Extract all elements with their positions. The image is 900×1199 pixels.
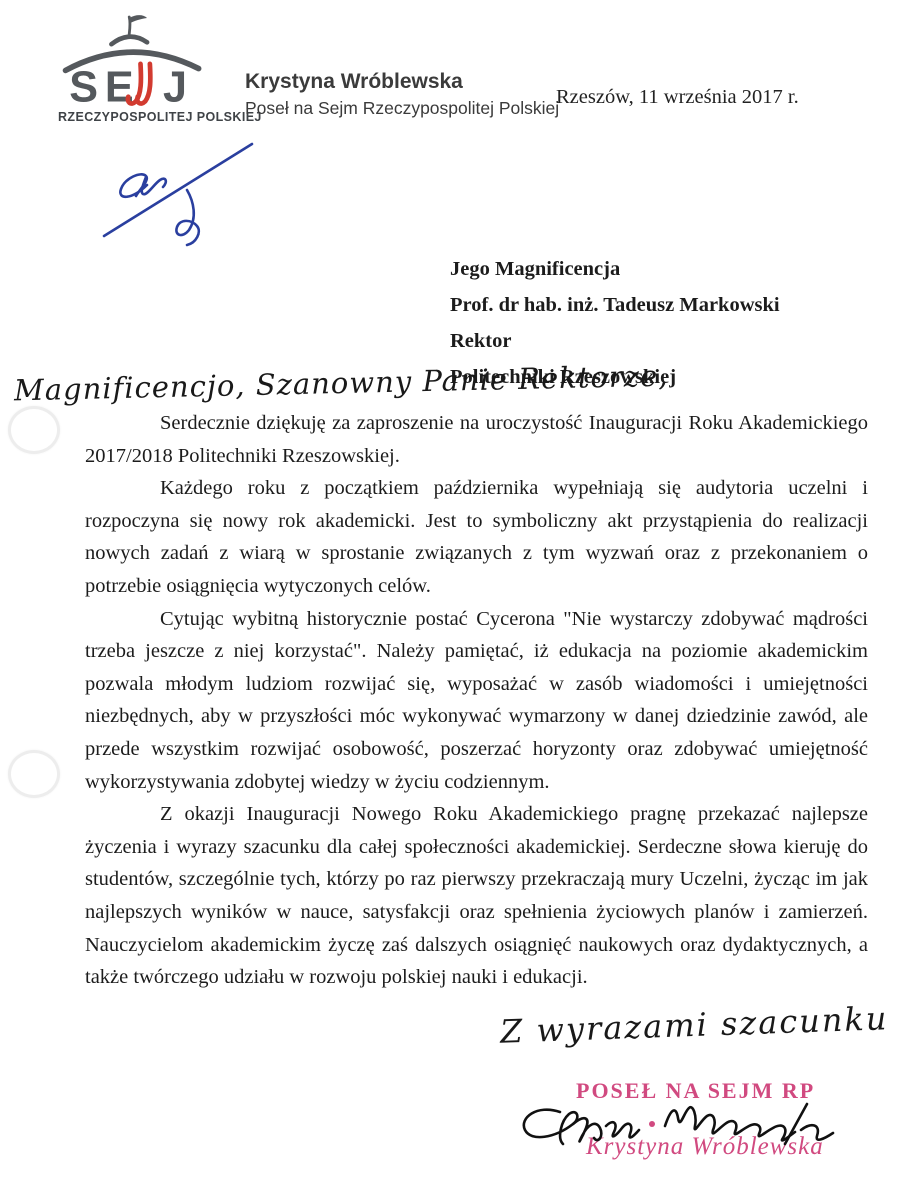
paragraph: Serdecznie dziękuję za zaproszenie na ur… [85,407,868,472]
flag [129,15,147,23]
letter-body: Serdecznie dziękuję za zaproszenie na ur… [85,407,868,994]
logo-subtitle: RZECZYPOSPOLITEJ POLSKIEJ [58,110,208,124]
sejm-emblem-icon: S E J [58,12,208,112]
paragraph: Każdego roku z początkiem października w… [85,472,868,602]
stamp-dot [649,1121,655,1127]
sejm-logo: S E J RZECZYPOSPOLITEJ POLSKIEJ [58,12,208,124]
small-dome-arc [111,37,147,45]
handwritten-signature [515,1086,860,1161]
punch-hole-top [8,406,60,454]
paragraph: Z okazji Inauguracji Nowego Roku Akademi… [85,798,868,994]
paragraph: Cytując wybitną historycznie postać Cyce… [85,603,868,799]
handwritten-salutation: Magnificencjo, Szanowny Panie Rektorze, [14,359,669,408]
recipient-line: Rektor [450,323,780,359]
handwritten-closing: Z wyrazami szacunku [499,999,889,1051]
punch-hole-bottom [8,750,60,798]
sender-block: Krystyna Wróblewska Poseł na Sejm Rzeczy… [245,70,559,119]
sender-name: Krystyna Wróblewska [245,70,559,94]
recipient-line: Jego Magnificencja [450,251,780,287]
scanned-letter-page: S E J RZECZYPOSPOLITEJ POLSKIEJ Krystyna… [0,0,900,1199]
handwritten-initials [92,133,267,248]
logo-letter-m: J [163,63,187,111]
dateline: Rzeszów, 11 września 2017 r. [556,86,799,109]
recipient-line: Prof. dr hab. inż. Tadeusz Markowski [450,287,780,323]
sender-title: Poseł na Sejm Rzeczypospolitej Polskiej [245,98,559,119]
logo-letter-s: S [69,63,98,111]
